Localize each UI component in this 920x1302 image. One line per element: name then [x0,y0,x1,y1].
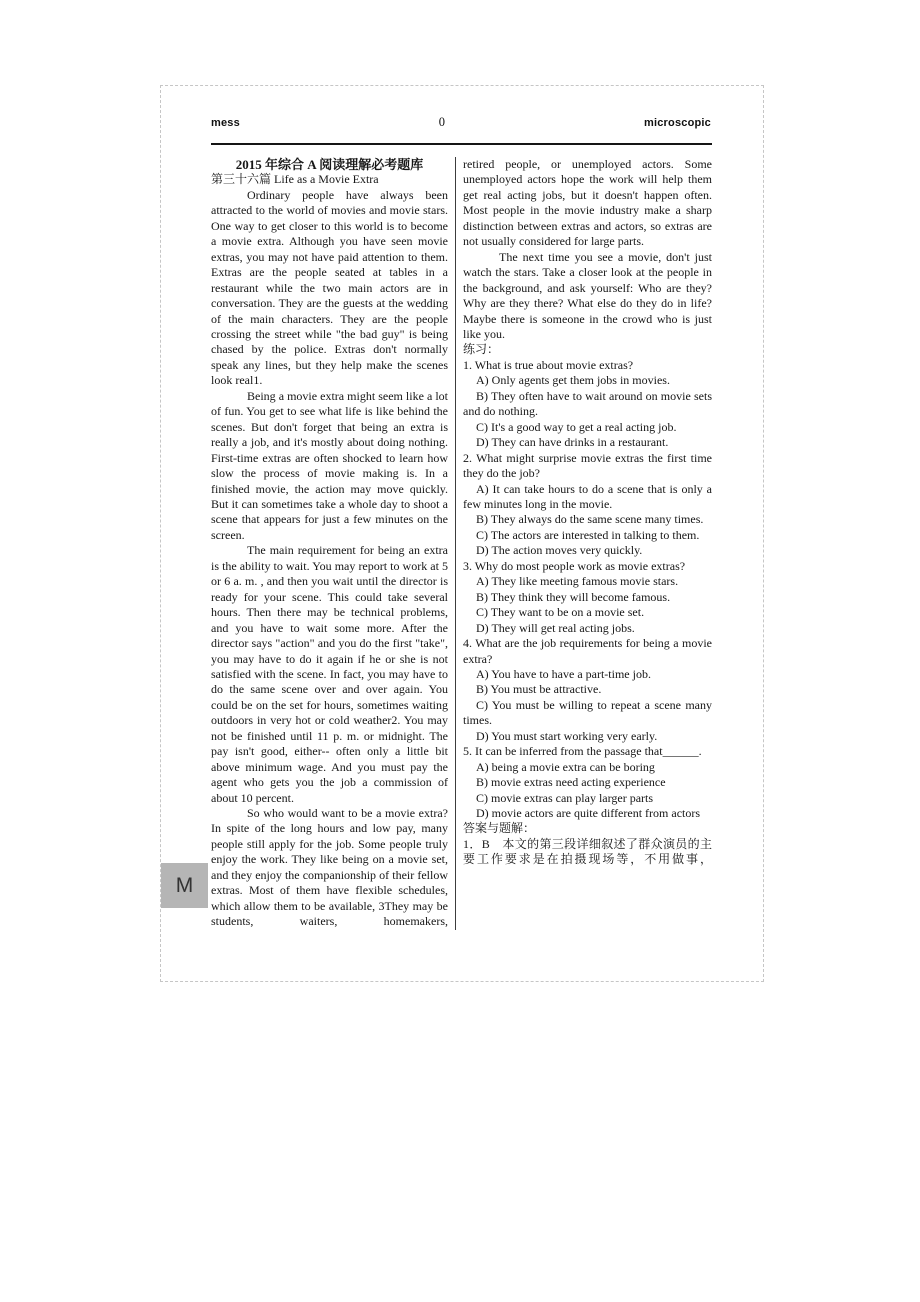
question-4: 4. What are the job requirements for bei… [463,636,712,744]
bookmark-label: M [176,874,194,898]
header-left-text: mess [211,117,240,129]
option-c: C) You must be willing to repeat a scene… [463,698,712,729]
question-text: 4. What are the job requirements for bei… [463,636,712,667]
option-d: D) You must start working very early. [463,729,712,744]
header-right-text: microscopic [644,117,711,129]
question-text: 1. What is true about movie extras? [463,358,712,373]
passage-paragraph-4: So who would want to be a movie extra? I… [211,806,448,930]
option-c: C) It's a good way to get a real acting … [463,420,712,435]
header-page-number: 0 [439,115,445,130]
bookmark-tab: M [161,863,208,908]
option-b: B) They often have to wait around on mov… [463,389,712,420]
question-5: 5. It can be inferred from the passage t… [463,744,712,821]
question-1: 1. What is true about movie extras? A) O… [463,358,712,451]
option-b: B) They always do the same scene many ti… [463,512,712,527]
option-a: A) They like meeting famous movie stars. [463,574,712,589]
option-a: A) Only agents get them jobs in movies. [463,373,712,388]
document-page: mess 0 microscopic 2015 年综合 A 阅读理解必考题库 第… [160,85,764,982]
option-d: D) movie actors are quite different from… [463,806,712,821]
passage-paragraph-1: Ordinary people have always been attract… [211,188,448,389]
passage-paragraph-5: The next time you see a movie, don't jus… [463,250,712,343]
question-text: 5. It can be inferred from the passage t… [463,744,712,759]
question-text: 2. What might surprise movie extras the … [463,451,712,482]
option-b: B) movie extras need acting experience [463,775,712,790]
option-c: C) movie extras can play larger parts [463,791,712,806]
option-d: D) They can have drinks in a restaurant. [463,435,712,450]
answers-label: 答案与题解： [463,821,712,836]
passage-paragraph-2: Being a movie extra might seem like a lo… [211,389,448,544]
page-header: mess 0 microscopic [211,115,711,130]
question-text: 3. Why do most people work as movie extr… [463,559,712,574]
question-3: 3. Why do most people work as movie extr… [463,559,712,636]
passage-paragraph-4-continuation: retired people, or unemployed actors. So… [463,157,712,250]
option-a: A) You have to have a part-time job. [463,667,712,682]
header-rule [211,143,712,145]
answer-explanation: 1．B 本文的第三段详细叙述了群众演员的主要工作要求是在拍摄现场等，不用做事， [463,837,712,868]
question-2: 2. What might surprise movie extras the … [463,451,712,559]
exercises-label: 练习： [463,342,712,357]
passage-title: 第三十六篇 Life as a Movie Extra [211,172,448,187]
option-a: A) It can take hours to do a scene that … [463,482,712,513]
document-title: 2015 年综合 A 阅读理解必考题库 [211,157,448,172]
page-content: 2015 年综合 A 阅读理解必考题库 第三十六篇 Life as a Movi… [211,157,712,930]
option-a: A) being a movie extra can be boring [463,760,712,775]
option-b: B) They think they will become famous. [463,590,712,605]
passage-paragraph-3: The main requirement for being an extra … [211,543,448,806]
option-b: B) You must be attractive. [463,682,712,697]
option-c: C) The actors are interested in talking … [463,528,712,543]
option-d: D) They will get real acting jobs. [463,621,712,636]
option-d: D) The action moves very quickly. [463,543,712,558]
option-c: C) They want to be on a movie set. [463,605,712,620]
left-column: 2015 年综合 A 阅读理解必考题库 第三十六篇 Life as a Movi… [211,157,455,930]
right-column: retired people, or unemployed actors. So… [455,157,712,930]
